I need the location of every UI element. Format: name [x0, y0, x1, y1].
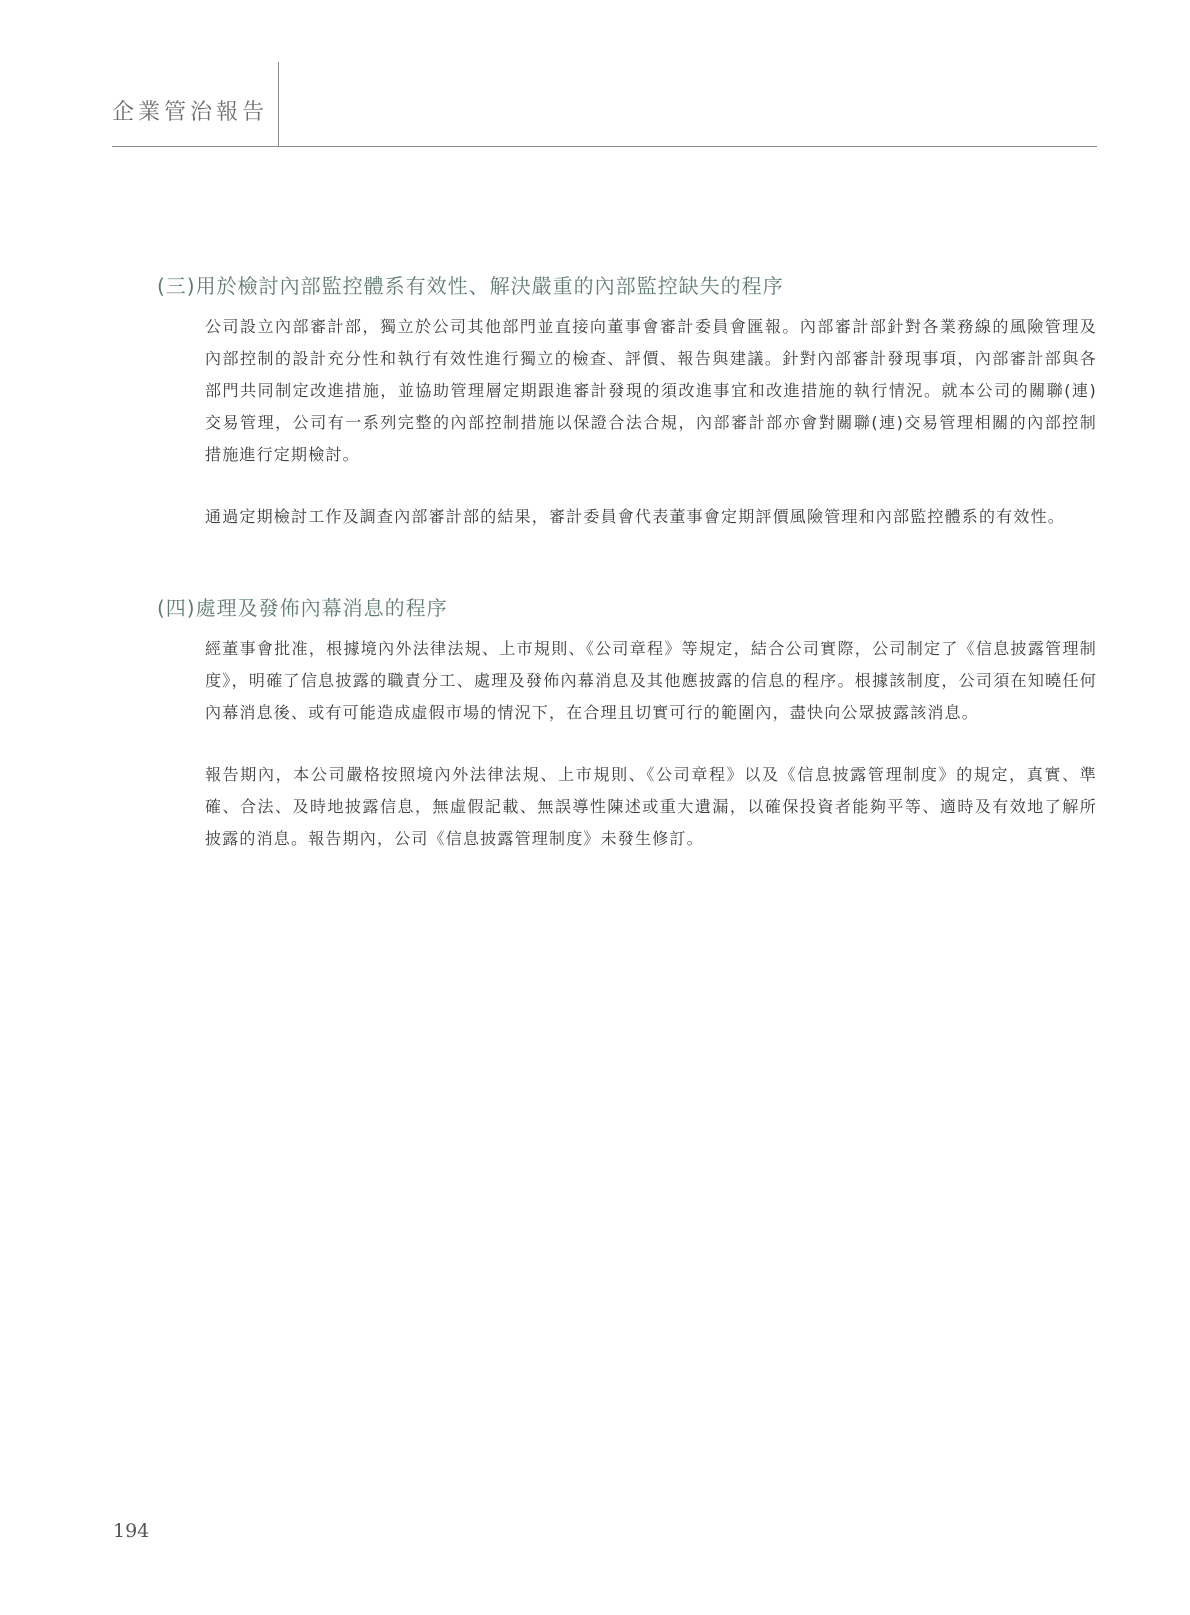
section-title: (四)處理及發佈內幕消息的程序	[157, 592, 1097, 621]
paragraph: 報告期內，本公司嚴格按照境內外法律法規、上市規則、《公司章程》以及《信息披露管理…	[205, 759, 1097, 855]
section-title: (三)用於檢討內部監控體系有效性、解決嚴重的內部監控缺失的程序	[157, 270, 1097, 299]
header-horizontal-rule	[112, 146, 1097, 147]
paragraph: 通過定期檢討工作及調查內部審計部的結果，審計委員會代表董事會定期評價風險管理和內…	[205, 501, 1097, 533]
page-number: 194	[113, 1520, 149, 1542]
section-internal-control-review: (三)用於檢討內部監控體系有效性、解決嚴重的內部監控缺失的程序 公司設立內部審計…	[157, 270, 1097, 563]
header-vertical-divider	[278, 62, 279, 146]
header-title: 企業管治報告	[112, 95, 268, 126]
paragraph: 經董事會批准，根據境內外法律法規、上市規則、《公司章程》等規定，結合公司實際，公…	[205, 633, 1097, 729]
section-inside-information: (四)處理及發佈內幕消息的程序 經董事會批准，根據境內外法律法規、上市規則、《公…	[157, 592, 1097, 885]
paragraph: 公司設立內部審計部，獨立於公司其他部門並直接向董事會審計委員會匯報。內部審計部針…	[205, 311, 1097, 471]
